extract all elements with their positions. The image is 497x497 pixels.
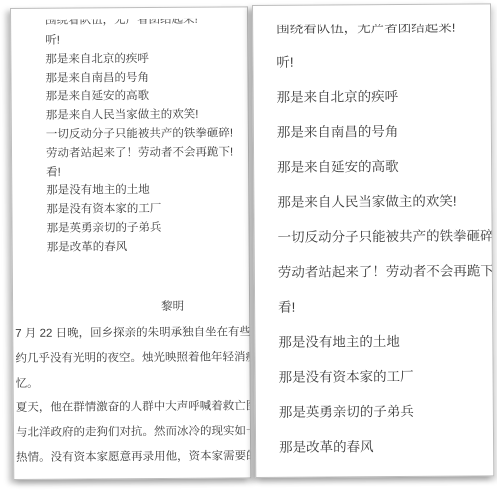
poem-line: 那是来自北京的疾呼 bbox=[277, 78, 495, 115]
poem-line: 看! bbox=[278, 288, 494, 325]
poem-line: 那是没有地主的土地 bbox=[278, 323, 494, 360]
poem-line: 围绕着队伍，无产者团结起来! bbox=[45, 18, 232, 30]
poem-line: 那是来自北京的疾呼 bbox=[45, 49, 232, 69]
prose-line: 热情。没有资本家愿意再录用他，资本家需要的是低 bbox=[16, 444, 251, 471]
prose-line: 夏天，他在群情激奋的人群中大声呼喊着救亡图存，联 bbox=[16, 394, 252, 421]
poem-line: 劳动者站起来了！劳动者不会再跪下! bbox=[278, 253, 495, 290]
poem-block-large: 围绕着队伍，无产者团结起来! 听! 那是来自北京的疾呼 那是来自南昌的号角 那是… bbox=[276, 23, 494, 465]
poem-line: 劳动者站起来了！劳动者不会再跪下! bbox=[46, 143, 233, 163]
poem-line: 围绕着队伍，无产者团结起来! bbox=[276, 23, 494, 45]
poem-line: 看! bbox=[46, 162, 233, 182]
poem-line: 那是没有资本家的工厂 bbox=[46, 200, 233, 220]
prose-line: 与北洋政府的走狗们对抗。然而冰冷的现实如一盆冷 bbox=[16, 419, 251, 446]
poem-line: 那是来自延安的高歌 bbox=[46, 87, 233, 107]
page-left: 围绕着队伍，无产者团结起来! 听! 那是来自北京的疾呼 那是来自南昌的号角 那是… bbox=[10, 6, 251, 480]
poem-line: 那是改革的春风 bbox=[279, 428, 494, 465]
poem-line: 那是改革的春风 bbox=[47, 237, 234, 257]
prose-block: 7 月 22 日晚，回乡探亲的朱明承独自坐在有些破旧 约几乎没有光明的夜空。烛光… bbox=[15, 320, 251, 471]
poem-line: 一切反动分子只能被共产的铁拳砸碎! bbox=[278, 218, 495, 255]
page-right: 围绕着队伍，无产者团结起来! 听! 那是来自北京的疾呼 那是来自南昌的号角 那是… bbox=[252, 3, 494, 478]
poem-line: 那是来自人民当家做主的欢笑! bbox=[46, 106, 233, 126]
prose-line: 忆。 bbox=[16, 370, 252, 397]
poem-line: 听! bbox=[45, 30, 232, 50]
document-viewer: 围绕着队伍，无产者团结起来! 听! 那是来自北京的疾呼 那是来自南昌的号角 那是… bbox=[0, 0, 497, 497]
poem-line: 那是来自人民当家做主的欢笑! bbox=[277, 183, 494, 220]
poem-line: 那是来自南昌的号角 bbox=[277, 113, 495, 150]
poem-line: 那是英勇亲切的子弟兵 bbox=[279, 393, 495, 430]
poem-line-clipped: 围绕着队伍，无产者团结起来! bbox=[276, 23, 494, 45]
poem-line: 一切反动分子只能被共产的铁拳砸碎! bbox=[46, 124, 233, 144]
poem-line: 那是没有地主的土地 bbox=[46, 181, 233, 201]
poem-line: 那是英勇亲切的子弟兵 bbox=[46, 218, 233, 238]
section-title: 黎明 bbox=[161, 298, 184, 314]
prose-line: 7 月 22 日晚，回乡探亲的朱明承独自坐在有些破旧 bbox=[15, 320, 251, 347]
poem-line: 那是没有资本家的工厂 bbox=[278, 358, 494, 395]
poem-block-small: 围绕着队伍，无产者团结起来! 听! 那是来自北京的疾呼 那是来自南昌的号角 那是… bbox=[45, 18, 234, 257]
prose-line: 约几乎没有光明的夜空。烛光映照着他年轻消瘦的面 bbox=[15, 345, 251, 372]
poem-line: 听! bbox=[276, 43, 494, 80]
poem-line: 那是来自延安的高歌 bbox=[277, 148, 494, 185]
poem-line: 那是来自南昌的号角 bbox=[45, 68, 232, 88]
